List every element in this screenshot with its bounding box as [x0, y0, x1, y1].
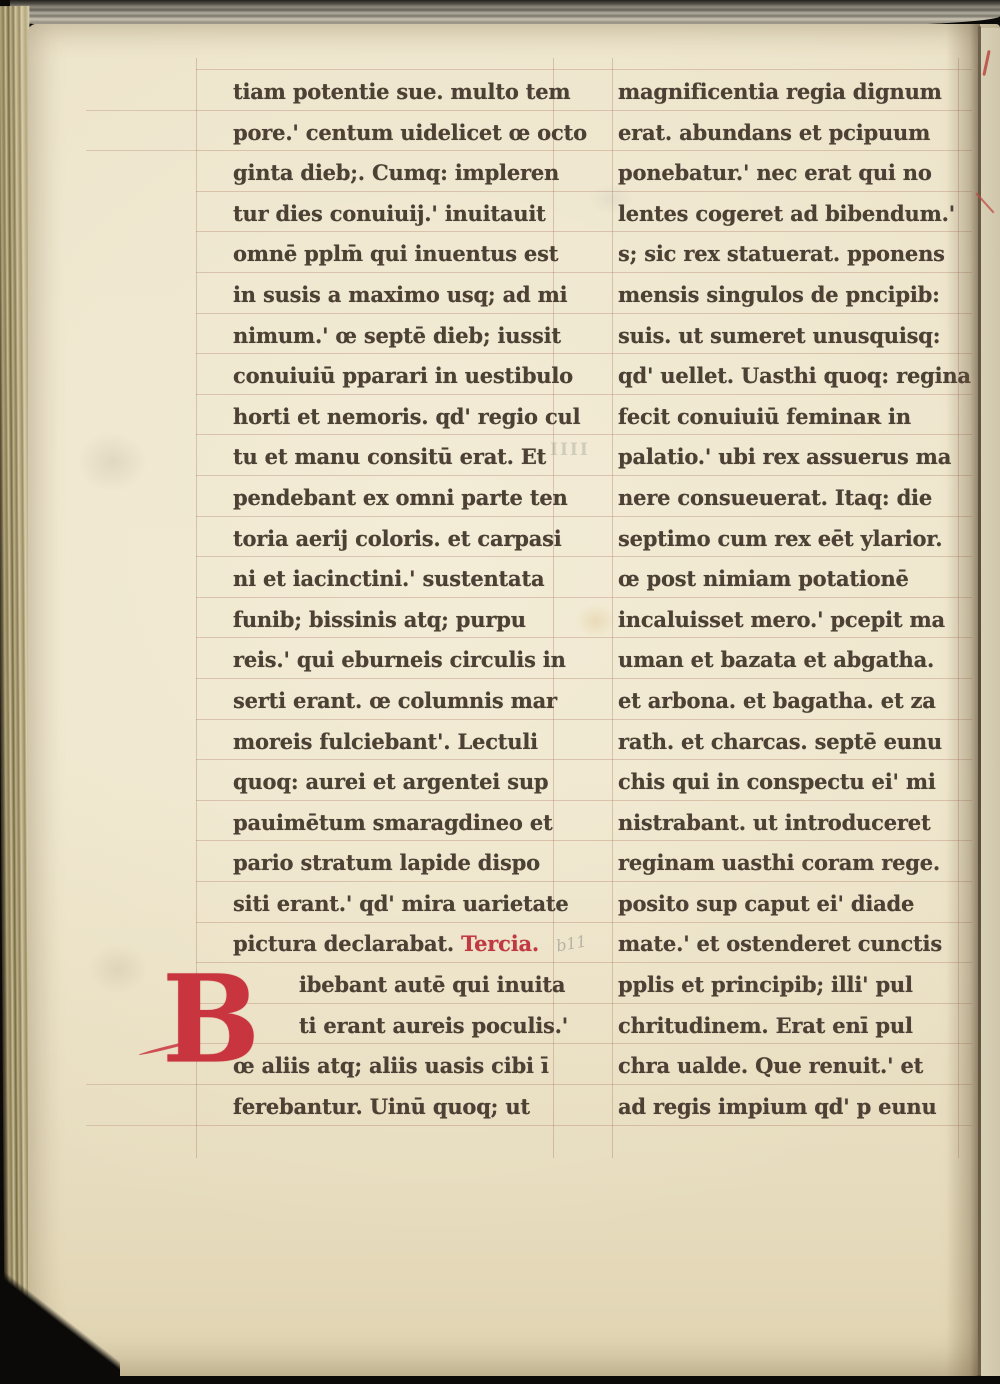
text-column-left: tiam potentie sue. multo tempore.' centu… — [233, 72, 593, 1127]
line-text: horti et nemoris. qd' regio cul — [233, 404, 580, 429]
text-line: œ post nimiam potationē — [618, 559, 978, 600]
ruling-margin-extension — [86, 150, 196, 151]
line-text: ginta dieb;. Cumq: impleren — [233, 160, 559, 185]
next-page-edge — [981, 28, 1000, 1376]
ruling-line-horizontal — [196, 69, 972, 70]
line-text: septimo cum rex eēt ylarior. — [618, 526, 942, 551]
line-text: qd' uellet. Uasthi quoq: regina — [618, 363, 971, 388]
text-line: pauimētum smaragdineo et — [233, 803, 593, 844]
text-column-right: magnificentia regia dignumerat. abundans… — [618, 72, 978, 1127]
line-text: incaluisset mero.' pcepit ma — [618, 607, 945, 632]
text-line: suis. ut sumeret unusquisq: — [618, 316, 978, 357]
line-text: chritudinem. Erat enī pul — [618, 1013, 913, 1038]
line-text: nere consueuerat. Itaq: die — [618, 485, 932, 510]
text-line: magnificentia regia dignum — [618, 72, 978, 113]
text-line: ti erant aureis poculis.' — [233, 1006, 593, 1047]
text-line: ginta dieb;. Cumq: impleren — [233, 153, 593, 194]
ruling-margin-extension — [86, 1125, 196, 1126]
line-text: et arbona. et bagatha. et za — [618, 688, 936, 713]
text-line: incaluisset mero.' pcepit ma — [618, 600, 978, 641]
text-line: omnē pplm̄ qui inuentus est — [233, 234, 593, 275]
ruling-line-vertical — [612, 58, 613, 1158]
line-text: moreis fulciebant'. Lectuli — [233, 729, 538, 754]
drop-cap-initial-B: B — [162, 960, 260, 1081]
line-text: pendebant ex omni parte ten — [233, 485, 568, 510]
line-text: tiam potentie sue. multo tem — [233, 79, 570, 104]
line-text: fecit conuiuiū feminaʀ in — [618, 404, 911, 429]
line-text: pictura declarabat. — [233, 931, 461, 956]
photo-background-corner — [0, 1254, 120, 1384]
text-line: ad regis impium qd' p eunu — [618, 1087, 978, 1128]
text-line: fecit conuiuiū feminaʀ in — [618, 397, 978, 438]
text-line: pendebant ex omni parte ten — [233, 478, 593, 519]
line-text: lentes cogeret ad bibendum.' — [618, 201, 955, 226]
text-line: œ aliis atq; aliis uasis cibi ī — [233, 1046, 593, 1087]
text-line: rath. et charcas. septē eunu — [618, 722, 978, 763]
line-text: pplis et principib; illi' pul — [618, 972, 913, 997]
text-line: reis.' qui eburneis circulis in — [233, 640, 593, 681]
line-text: nistrabant. ut introduceret — [618, 810, 930, 835]
line-text: ibebant autē qui inuita — [299, 972, 565, 997]
line-text: nimum.' œ septē dieb; iussit — [233, 323, 561, 348]
manuscript-photo: { "document": { "kind": "illuminated man… — [0, 0, 1000, 1384]
text-line: mate.' et ostenderet cunctis — [618, 924, 978, 965]
text-line: pictura declarabat. Tercia. — [233, 924, 593, 965]
line-text: suis. ut sumeret unusquisq: — [618, 323, 940, 348]
text-line: in susis a maximo usq; ad mi — [233, 275, 593, 316]
line-text: serti erant. œ columnis mar — [233, 688, 557, 713]
line-text: erat. abundans et pcipuum — [618, 120, 930, 145]
text-line: conuiuiū pparari in uestibulo — [233, 356, 593, 397]
text-line: ibebant autē qui inuita — [233, 965, 593, 1006]
line-text: mate.' et ostenderet cunctis — [618, 931, 942, 956]
line-text: posito sup caput ei' diade — [618, 891, 914, 916]
text-line: ferebantur. Uinū quoq; ut — [233, 1087, 593, 1128]
text-line: chra ualde. Que renuit.' et — [618, 1046, 978, 1087]
line-text: ferebantur. Uinū quoq; ut — [233, 1094, 530, 1119]
line-text: funib; bissinis atq; purpu — [233, 607, 526, 632]
page-fold-shadow — [946, 24, 980, 1376]
text-line: funib; bissinis atq; purpu — [233, 600, 593, 641]
text-line: lentes cogeret ad bibendum.' — [618, 194, 978, 235]
text-line: chis qui in conspectu ei' mi — [618, 762, 978, 803]
text-line: chritudinem. Erat enī pul — [618, 1006, 978, 1047]
text-line: pplis et principib; illi' pul — [618, 965, 978, 1006]
text-line: reginam uasthi coram rege. — [618, 843, 978, 884]
line-text: toria aerij coloris. et carpasi — [233, 526, 562, 551]
line-text: mensis singulos de pncipib: — [618, 282, 940, 307]
line-text: ponebatur.' nec erat qui no — [618, 160, 932, 185]
text-line: s; sic rex statuerat. pponens — [618, 234, 978, 275]
text-line: ni et iacinctini.' sustentata — [233, 559, 593, 600]
text-line: nere consueuerat. Itaq: die — [618, 478, 978, 519]
marginal-numeral: IIII — [550, 440, 590, 460]
parchment-stain — [78, 432, 148, 492]
line-text: pario stratum lapide dispo — [233, 850, 540, 875]
text-line: posito sup caput ei' diade — [618, 884, 978, 925]
line-text: conuiuiū pparari in uestibulo — [233, 363, 573, 388]
line-text: tur dies conuiuij.' inuitauit — [233, 201, 546, 226]
text-line: mensis singulos de pncipib: — [618, 275, 978, 316]
text-line: et arbona. et bagatha. et za — [618, 681, 978, 722]
text-line: serti erant. œ columnis mar — [233, 681, 593, 722]
ruling-margin-extension — [86, 110, 196, 111]
text-line: qd' uellet. Uasthi quoq: regina — [618, 356, 978, 397]
line-text: magnificentia regia dignum — [618, 79, 942, 104]
line-text: ni et iacinctini.' sustentata — [233, 566, 544, 591]
text-line: siti erant.' qd' mira uarietate — [233, 884, 593, 925]
text-line: nimum.' œ septē dieb; iussit — [233, 316, 593, 357]
line-text: uman et bazata et abgatha. — [618, 647, 934, 672]
line-text: s; sic rex statuerat. pponens — [618, 241, 945, 266]
text-line: erat. abundans et pcipuum — [618, 113, 978, 154]
parchment-stain — [88, 944, 148, 994]
text-line: toria aerij coloris. et carpasi — [233, 519, 593, 560]
line-text: palatio.' ubi rex assuerus ma — [618, 444, 951, 469]
text-line: tiam potentie sue. multo tem — [233, 72, 593, 113]
text-line: palatio.' ubi rex assuerus ma — [618, 437, 978, 478]
rubric-text: Tercia. — [461, 931, 539, 956]
text-line: pario stratum lapide dispo — [233, 843, 593, 884]
text-line: tur dies conuiuij.' inuitauit — [233, 194, 593, 235]
line-text: rath. et charcas. septē eunu — [618, 729, 942, 754]
text-line: pore.' centum uidelicet œ octo — [233, 113, 593, 154]
line-text: œ aliis atq; aliis uasis cibi ī — [233, 1053, 549, 1078]
line-text: in susis a maximo usq; ad mi — [233, 282, 567, 307]
text-line: quoq: aurei et argentei sup — [233, 762, 593, 803]
text-line: nistrabant. ut introduceret — [618, 803, 978, 844]
line-text: reis.' qui eburneis circulis in — [233, 647, 566, 672]
line-text: pore.' centum uidelicet œ octo — [233, 120, 587, 145]
line-text: tu et manu consitū erat. Et — [233, 444, 546, 469]
line-text: chra ualde. Que renuit.' et — [618, 1053, 923, 1078]
line-text: ad regis impium qd' p eunu — [618, 1094, 937, 1119]
line-text: œ post nimiam potationē — [618, 566, 909, 591]
text-line: septimo cum rex eēt ylarior. — [618, 519, 978, 560]
line-text: chis qui in conspectu ei' mi — [618, 769, 936, 794]
text-line: ponebatur.' nec erat qui no — [618, 153, 978, 194]
line-text: siti erant.' qd' mira uarietate — [233, 891, 569, 916]
line-text: pauimētum smaragdineo et — [233, 810, 553, 835]
line-text: omnē pplm̄ qui inuentus est — [233, 241, 558, 266]
text-line: horti et nemoris. qd' regio cul — [233, 397, 593, 438]
text-line: moreis fulciebant'. Lectuli — [233, 722, 593, 763]
line-text: ti erant aureis poculis.' — [299, 1013, 568, 1038]
line-text: quoq: aurei et argentei sup — [233, 769, 548, 794]
text-line: uman et bazata et abgatha. — [618, 640, 978, 681]
text-line: tu et manu consitū erat. Et — [233, 437, 593, 478]
line-text: reginam uasthi coram rege. — [618, 850, 940, 875]
